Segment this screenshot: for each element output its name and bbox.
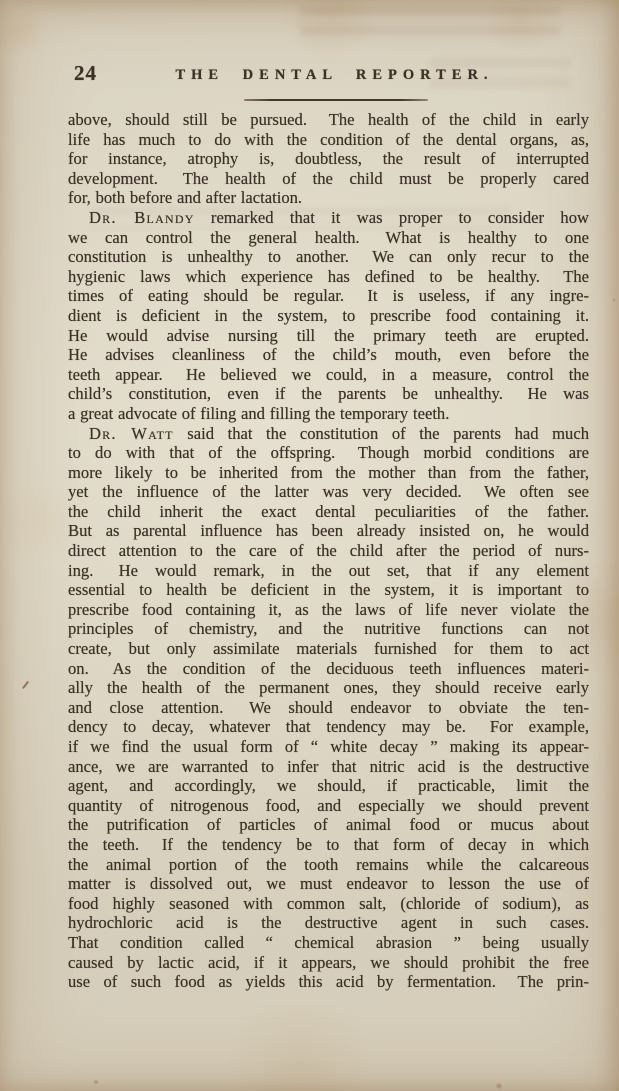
paragraph: Dr. Watt said that the constitution of t… [68, 424, 589, 992]
text-line: times of eating should be regular. It is… [68, 286, 589, 306]
text-line: That condition called “ chemical abrasio… [68, 933, 589, 953]
text-line: direct attention to the care of the chil… [68, 541, 589, 561]
text-line: use of such food as yields this acid by … [68, 972, 589, 992]
paragraph: Dr. Blandy remarked that it was proper t… [68, 208, 589, 424]
text-line: development. The health of the child mus… [68, 169, 589, 189]
text-line: He advises cleanliness of the child’s mo… [68, 345, 589, 365]
running-title: THE DENTAL REPORTER. [60, 67, 609, 84]
text-line: food highly seasoned with common salt, (… [68, 894, 589, 914]
text-line: constitution is unhealthy to another. We… [68, 247, 589, 267]
text-line: agent, and accordingly, we should, if pr… [68, 776, 589, 796]
text-line: more likely to be inherited from the mot… [68, 463, 589, 483]
text-line: essential to health be deficient in the … [68, 580, 589, 600]
text-line: dient is deficient in the system, to pre… [68, 306, 589, 326]
speaker-name: Dr. Watt [89, 424, 174, 443]
scanned-page: 24 THE DENTAL REPORTER. above, should st… [0, 0, 619, 1091]
text-line: create, but only assimilate materials fu… [68, 639, 589, 659]
pen-mark [22, 681, 29, 689]
text-line: on. As the condition of the deciduous te… [68, 659, 589, 679]
text-line: teeth appear. He believed we could, in a… [68, 365, 589, 385]
text-line: for instance, atrophy is, doubtless, the… [68, 149, 589, 169]
paragraph: above, should still be pursued. The heal… [68, 110, 589, 208]
text-line: quantity of nitrogenous food, and especi… [68, 796, 589, 816]
text-line: Dr. Blandy remarked that it was proper t… [68, 208, 589, 228]
text-line: the animal portion of the tooth remains … [68, 855, 589, 875]
text-line: life has much to do with the condition o… [68, 130, 589, 150]
text-line: the putrification of particles of animal… [68, 815, 589, 835]
text-line: principles of chemistry, and the nutriti… [68, 619, 589, 639]
text-line: prescribe food containing it, as the law… [68, 600, 589, 620]
text-line: the teeth. If the tendency be to that fo… [68, 835, 589, 855]
text-line: if we find the usual form of “ white dec… [68, 737, 589, 757]
text-line: to do with that of the offspring. Though… [68, 443, 589, 463]
text-line: hygienic laws which experience has defin… [68, 267, 589, 287]
speaker-name: Dr. Blandy [89, 208, 195, 227]
text-line: dency to decay, whatever that tendency m… [68, 717, 589, 737]
text-line: caused by lactic acid, if it appears, we… [68, 953, 589, 973]
page-body: above, should still be pursued. The heal… [68, 110, 589, 992]
text-line: ance, we are warranted to infer that nit… [68, 757, 589, 777]
text-line: above, should still be pursued. The heal… [68, 110, 589, 130]
text-line: But as parental influence has been alrea… [68, 521, 589, 541]
text-line: He would advise nursing till the primary… [68, 326, 589, 346]
text-line: ing. He would remark, in the out set, th… [68, 561, 589, 581]
text-line: a great advocate of filing and filling t… [68, 404, 589, 424]
text-line: for, both before and after lactation. [68, 188, 589, 208]
text-line: we can control the general health. What … [68, 228, 589, 248]
text-line: yet the influence of the latter was very… [68, 482, 589, 502]
text-line: and close attention. We should endeavor … [68, 698, 589, 718]
text-line: ally the health of the permanent ones, t… [68, 678, 589, 698]
text-line: hydrochloric acid is the destructive age… [68, 913, 589, 933]
text-line: child’s constitution, even if the parent… [68, 384, 589, 404]
title-rule [244, 99, 428, 101]
text-line: the child inherit the exact dental pecul… [68, 502, 589, 522]
text-line: Dr. Watt said that the constitution of t… [68, 424, 589, 444]
text-line: matter is dissolved out, we must endeavo… [68, 874, 589, 894]
show-through-texture [300, 6, 560, 44]
